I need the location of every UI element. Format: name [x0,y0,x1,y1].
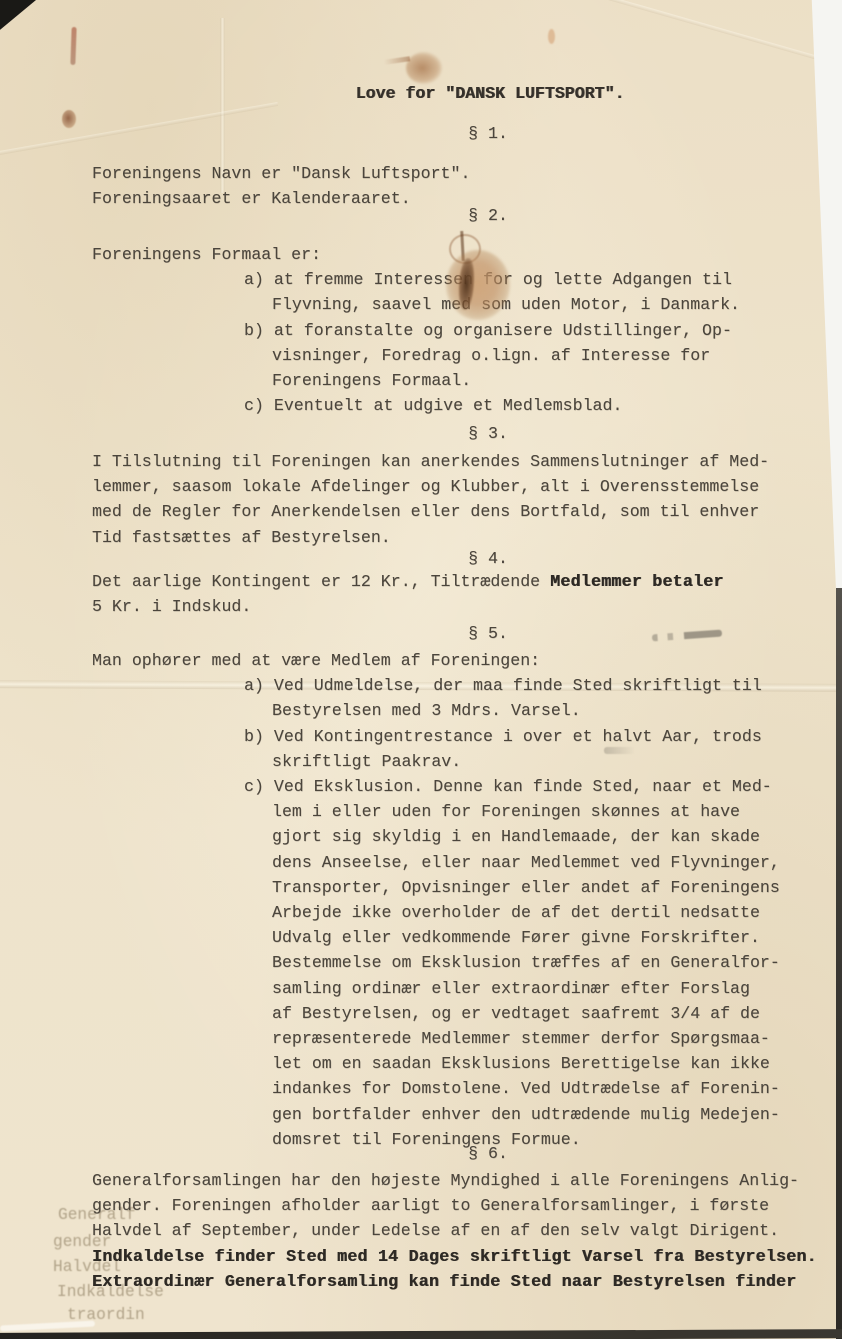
text-line: Foreningens Navn er "Dansk Luftsport". [92,161,812,186]
section-body: Foreningens Navn er "Dansk Luftsport".Fo… [92,161,812,211]
text-line: med de Regler for Anerkendelsen eller de… [92,499,812,524]
text-line: gjort sig skyldig i en Handlemaade, der … [272,824,812,849]
section-heading: § 4. [92,549,838,568]
text-line: indankes for Domstolene. Ved Udtrædelse … [272,1076,812,1101]
section-body: Generalforsamlingen har den højeste Mynd… [92,1168,812,1294]
text-line: Det aarlige Kontingent er 12 Kr., Tiltræ… [92,569,812,594]
stain-trail-dots [384,56,410,65]
text-line: Flyvning, saavel med som uden Motor, i D… [272,292,812,317]
section-body: Det aarlige Kontingent er 12 Kr., Tiltræ… [92,569,812,619]
text-line: skriftligt Paakrav. [272,749,812,774]
text-line: gender. Foreningen afholder aarligt to G… [92,1193,812,1218]
brown-stain-above-title [406,52,442,84]
section-heading: § 3. [92,424,838,443]
section-heading: § 5. [92,624,838,643]
text-line: gen bortfalder enhver den udtrædende mul… [272,1102,812,1127]
paper-crease-topright [594,0,842,68]
faint-orange-dot [548,29,555,44]
text-line: Generalforsamlingen har den højeste Mynd… [92,1168,812,1193]
text-line: visninger, Foredrag o.lign. af Interesse… [272,343,812,368]
text-line: samling ordinær eller extraordinær efter… [272,976,812,1001]
text-line: Indkaldelse finder Sted med 14 Dages skr… [92,1244,812,1269]
text-line: Udvalg eller vedkommende Fører givne For… [272,925,812,950]
text-line: Transporter, Opvisninger eller andet af … [272,875,812,900]
text-line: af Bestyrelsen, og er vedtaget saafremt … [272,1001,812,1026]
text-line: Bestyrelsen med 3 Mdrs. Varsel. [272,698,812,723]
scan-edge-bottom [0,1329,842,1339]
text-line: lemmer, saasom lokale Afdelinger og Klub… [92,474,812,499]
text-line: repræsenterede Medlemmer stemmer derfor … [272,1026,812,1051]
text-line: lem i eller uden for Foreningen skønnes … [272,799,812,824]
text-line: Foreningens Formaal er: [92,242,812,267]
small-brown-stain [62,110,76,128]
ghost-text-line: traordin [67,1306,145,1324]
text-line: c) Eventuelt at udgive et Medlemsblad. [244,393,812,418]
scan-corner-dark [0,0,40,34]
section-body: Man ophører med at være Medlem af Foreni… [92,648,812,1152]
document-title: Love for "DANSK LUFTSPORT". [92,84,792,103]
text-line: Man ophører med at være Medlem af Foreni… [92,648,812,673]
text-line: Halvdel af September, under Ledelse af e… [92,1218,812,1243]
text-line: c) Ved Eksklusion. Denne kan finde Sted,… [244,774,812,799]
text-line: Bestemmelse om Eksklusion træffes af en … [272,950,812,975]
text-line: let om en saadan Eksklusions Berettigels… [272,1051,812,1076]
text-line: I Tilslutning til Foreningen kan anerken… [92,449,812,474]
text-line: Foreningsaaret er Kalenderaaret. [92,186,812,211]
red-scratch-stain [70,27,76,65]
section-body: I Tilslutning til Foreningen kan anerken… [92,449,812,550]
text-line: a) at fremme Interessen for og lette Adg… [244,267,812,292]
scanned-document-page: Love for "DANSK LUFTSPORT". § 1.Forening… [0,0,842,1339]
text-line: a) Ved Udmeldelse, der maa finde Sted sk… [244,673,812,698]
section-heading: § 1. [92,124,838,143]
text-line: Tid fastsættes af Bestyrelsen. [92,525,812,550]
text-line: 5 Kr. i Indskud. [92,594,812,619]
scan-edge-right [836,588,842,1339]
text-line: Extraordinær Generalforsamling kan finde… [92,1269,812,1294]
text-line: b) at foranstalte og organisere Udstilli… [244,318,812,343]
text-line: domsret til Foreningens Formue. [272,1127,812,1152]
text-line: Arbejde ikke overholder de af det dertil… [272,900,812,925]
section-body: Foreningens Formaal er:a) at fremme Inte… [92,242,812,418]
text-line: dens Anseelse, eller naar Medlemmet ved … [272,850,812,875]
text-line: Foreningens Formaal. [272,368,812,393]
text-line: b) Ved Kontingentrestance i over et halv… [244,724,812,749]
